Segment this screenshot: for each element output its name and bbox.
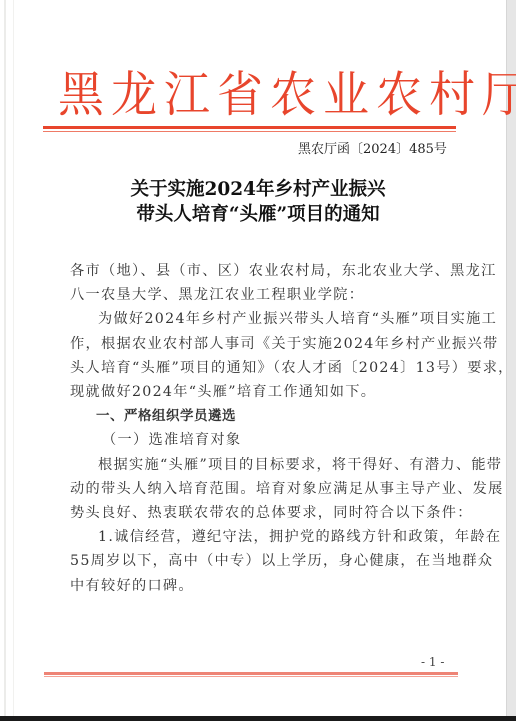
paragraph-line: 现就做好2024年“头雁”培育工作通知如下。: [70, 380, 450, 404]
masthead-title: 黑龙江省农业农村厅: [58, 65, 448, 124]
addressee: 八一农垦大学、黑龙江农业工程职业学院：: [70, 283, 450, 307]
subsection-title: （一）选准培育对象: [70, 428, 450, 452]
condition-line: 55周岁以下，高中（中专）以上学历，身心健康，在当地群众: [70, 549, 450, 573]
section-title: 一、严格组织学员遴选: [70, 404, 450, 428]
heading-line-2: 带头人培育“头雁”项目的通知: [60, 202, 456, 227]
condition-line: 1.诚信经营，遵纪守法，拥护党的路线方针和政策，年龄在: [70, 525, 450, 549]
footer-rule: [44, 672, 458, 675]
document-number: 黑农厅函〔2024〕485号: [298, 141, 448, 159]
document-body: 各市（地）、县（市、区）农业农村局，东北农业大学、黑龙江 八一农垦大学、黑龙江农…: [70, 259, 450, 598]
document-heading: 关于实施2024年乡村产业振兴 带头人培育“头雁”项目的通知: [60, 177, 456, 227]
masthead-rule-thin: [43, 131, 456, 132]
paragraph-line: 根据实施“头雁”项目的目标要求，将干得好、有潜力、能带: [70, 453, 450, 477]
masthead-rule: [43, 126, 456, 129]
paragraph-line: 势头良好、热衷联农带农的总体要求，同时符合以下条件：: [70, 501, 450, 525]
paragraph-line: 为做好2024年乡村产业振兴带头人培育“头雁”项目实施工: [70, 307, 450, 331]
addressee: 各市（地）、县（市、区）农业农村局，东北农业大学、黑龙江: [70, 259, 450, 283]
page-stack-edge: [4, 0, 6, 716]
paragraph-line: 头人培育“头雁”项目的通知》（农人才函〔2024〕13号）要求，: [70, 356, 450, 380]
paragraph-line: 动的带头人纳入培育范围。培育对象应满足从事主导产业、发展: [70, 477, 450, 501]
viewer-bottom-bar: [0, 716, 516, 721]
heading-line-1: 关于实施2024年乡村产业振兴: [60, 177, 456, 202]
condition-line: 中有较好的口碑。: [70, 574, 450, 598]
footer-rule-thin: [44, 676, 458, 677]
paragraph-line: 作，根据农业农村部人事司《关于实施2024年乡村产业振兴带: [70, 332, 450, 356]
page-number: - 1 -: [421, 654, 461, 670]
page-stack-edge: [13, 0, 14, 716]
